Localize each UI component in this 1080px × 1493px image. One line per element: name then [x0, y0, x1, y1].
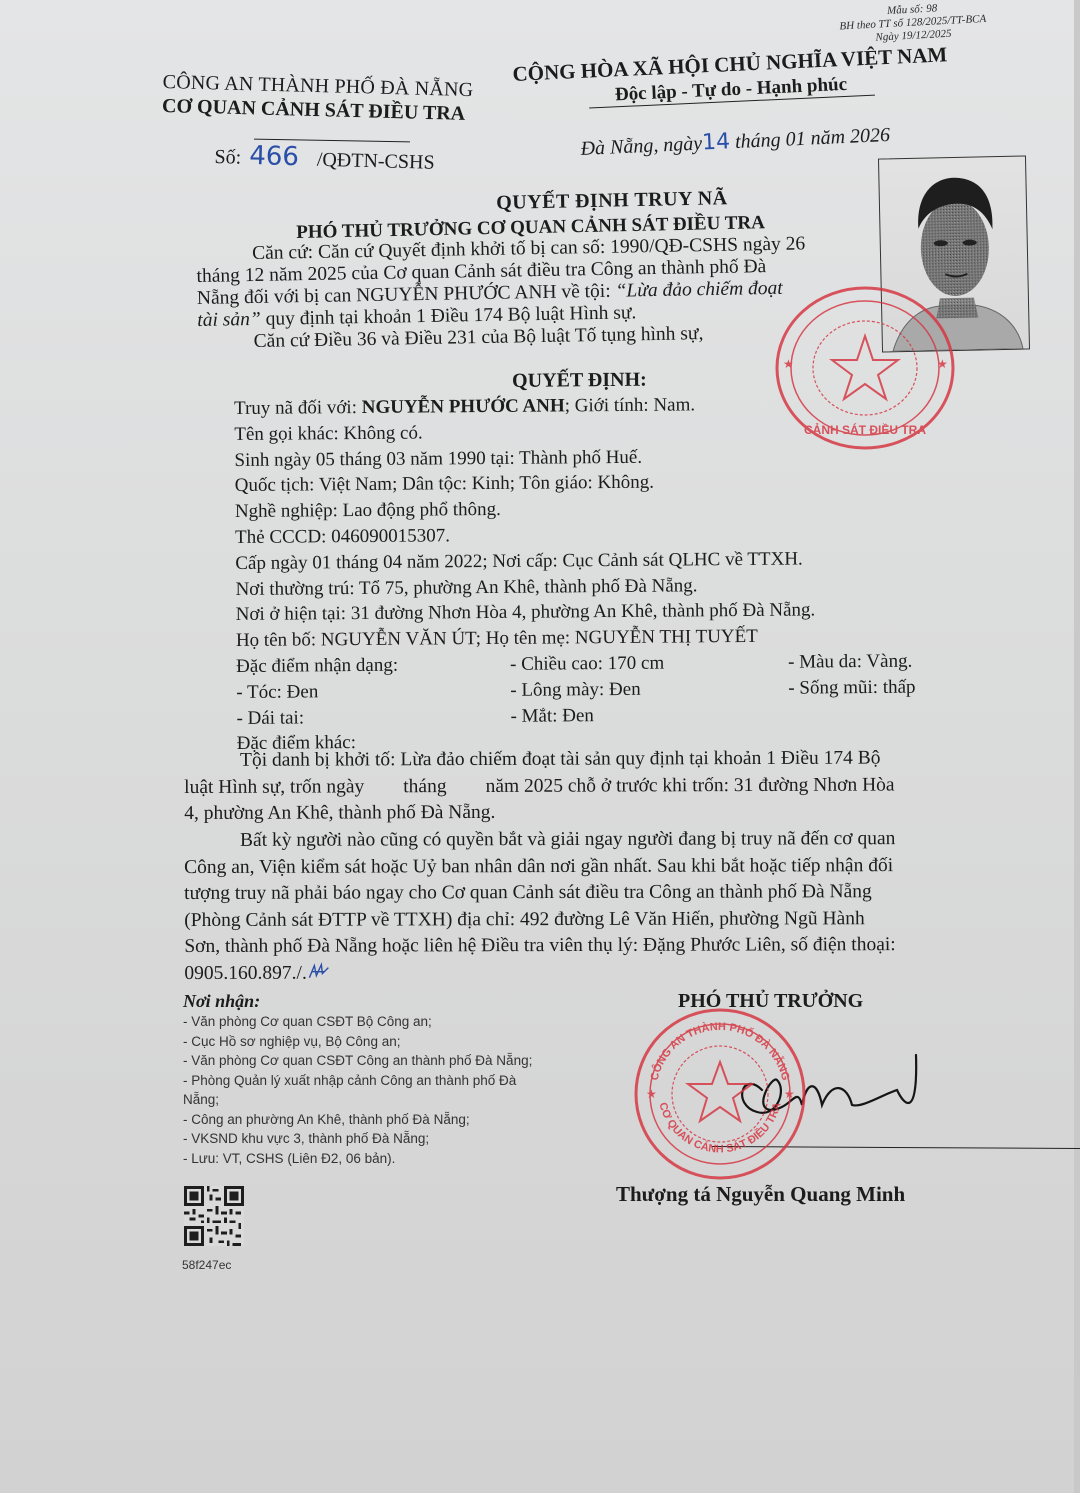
date-day-handwritten: 14 — [702, 129, 731, 155]
instruction-line-5: Sơn, thành phố Đà Nẵng hoặc liên hệ Điều… — [184, 932, 1016, 961]
signature-underline — [712, 1146, 1080, 1149]
recipient-item: - VKSND khu vực 3, thành phố Đà Nẵng; — [183, 1129, 563, 1149]
feature-hair: - Tóc: Đen — [236, 678, 510, 706]
wanted-gender: ; Giới tính: Nam. — [565, 394, 696, 416]
official-seal-bottom: CÔNG AN THÀNH PHỐ ĐÀ NẴNG CƠ QUAN CẢNH S… — [632, 1006, 808, 1182]
feature-label: Đặc điểm nhận dạng: — [236, 652, 510, 680]
portrait-image — [879, 156, 1029, 351]
arrest-instruction: Bất kỳ người nào cũng có quyền bắt và gi… — [184, 826, 1016, 987]
suspect-details: Truy nã đối với: NGUYỄN PHƯỚC ANH; Giới … — [234, 390, 949, 757]
qr-code — [184, 1186, 244, 1246]
decision-heading: QUYẾT ĐỊNH: — [512, 369, 647, 393]
phone-number: 0905.160.897./. — [184, 962, 306, 983]
svg-text:★: ★ — [646, 1087, 657, 1101]
charge-quote-start: “Lừa đảo chiếm đoạt — [615, 278, 783, 302]
recipient-item: - Công an phường An Khê, thành phố Đà Nẵ… — [183, 1110, 563, 1130]
place-date: Đà Nẵng, ngày14 tháng 01 năm 2026 — [580, 122, 890, 161]
identifying-features: Đặc điểm nhận dạng: - Chiều cao: 170 cm … — [236, 648, 949, 731]
handwritten-signature — [722, 1050, 922, 1140]
instruction-line-2: Công an, Viện kiểm sát hoặc Uỷ ban nhân … — [184, 852, 1016, 881]
feature-skin: - Màu da: Vàng. — [788, 648, 948, 675]
instruction-line-4: (Phòng Cảnh sát ĐTTP về TTXH) địa chỉ: 4… — [184, 905, 1016, 934]
number-suffix: /QĐTN-CSHS — [317, 149, 435, 174]
instruction-line-3: tượng truy nã phải báo ngay cho Cơ quan … — [184, 879, 1016, 908]
document-number: Số:466/QĐTN-CSHS — [214, 140, 435, 176]
recipient-item: - Văn phòng Cơ quan CSĐT Bộ Công an; — [183, 1012, 563, 1032]
recipients-heading: Nơi nhận: — [183, 990, 563, 1012]
svg-text:★: ★ — [784, 1087, 795, 1101]
feature-height: - Chiều cao: 170 cm — [510, 650, 788, 678]
charge-paragraph: Tội danh bị khởi tố: Lừa đảo chiếm đoạt … — [184, 745, 1016, 827]
number-label: Số: — [214, 146, 241, 169]
feature-earlobe: - Dái tai: — [236, 703, 510, 731]
suspect-photo — [878, 155, 1030, 352]
paper-edge — [1074, 0, 1080, 1493]
date-prefix: Đà Nẵng, ngày — [580, 132, 703, 159]
recipient-item: - Lưu: VT, CSHS (Liên Đ2, 06 bản). — [183, 1149, 563, 1169]
qr-code-label: 58f247ec — [182, 1258, 231, 1272]
document-title: QUYẾT ĐỊNH TRUY NÃ — [496, 187, 728, 215]
recipient-item: - Cục Hồ sơ nghiệp vụ, Bộ Công an; — [183, 1032, 563, 1052]
charge-line-2: luật Hình sự, trốn ngày tháng năm 2025 c… — [184, 772, 1016, 801]
wanted-label: Truy nã đối với: — [234, 397, 362, 419]
form-reference-note: Mẫu số: 98 BH theo TT số 128/2025/TT-BCA… — [792, 0, 1034, 49]
feature-nose: - Sống mũi: thấp — [788, 674, 948, 701]
signer-name: Thượng tá Nguyễn Quang Minh — [616, 1182, 905, 1207]
charge-line-1: Tội danh bị khởi tố: Lừa đảo chiếm đoạt … — [184, 745, 1016, 774]
instruction-line-1: Bất kỳ người nào cũng có quyền bắt và gi… — [184, 826, 1016, 855]
svg-text:★: ★ — [937, 357, 948, 371]
date-suffix: tháng 01 năm 2026 — [730, 124, 891, 153]
national-header: CỘNG HÒA XÃ HỘI CHỦ NGHĨA VIỆT NAM Độc l… — [512, 42, 949, 112]
signer-title: PHÓ THỦ TRƯỞNG — [678, 990, 863, 1013]
svg-text:★: ★ — [783, 357, 794, 371]
number-handwritten: 466 — [249, 141, 299, 172]
wanted-name: NGUYỄN PHƯỚC ANH — [362, 395, 565, 418]
charge-quote-end: tài sản” — [197, 309, 261, 331]
charge-line-3: 4, phường An Khê, thành phố Đà Nẵng. — [184, 798, 1016, 827]
recipients-list: Nơi nhận: - Văn phòng Cơ quan CSĐT Bộ Cô… — [183, 990, 563, 1168]
feature-eyes: - Mắt: Đen — [510, 701, 788, 729]
instruction-line-6: 0905.160.897./. — [184, 958, 1016, 987]
feature-empty — [788, 700, 948, 727]
initials-mark-icon — [307, 961, 333, 981]
legal-basis: Căn cứ: Căn cứ Quyết định khởi tố bị can… — [196, 233, 807, 354]
svg-text:CÔNG AN THÀNH PHỐ ĐÀ NẴNG: CÔNG AN THÀNH PHỐ ĐÀ NẴNG — [649, 1021, 792, 1082]
feature-eyebrows: - Lông mày: Đen — [510, 675, 788, 703]
recipient-item: - Văn phòng Cơ quan CSĐT Công an thành p… — [183, 1051, 563, 1071]
recipient-item: - Phòng Quản lý xuất nhập cảnh Công an t… — [183, 1071, 553, 1110]
issuing-agency: CÔNG AN THÀNH PHỐ ĐÀ NẴNG CƠ QUAN CẢNH S… — [162, 70, 474, 126]
